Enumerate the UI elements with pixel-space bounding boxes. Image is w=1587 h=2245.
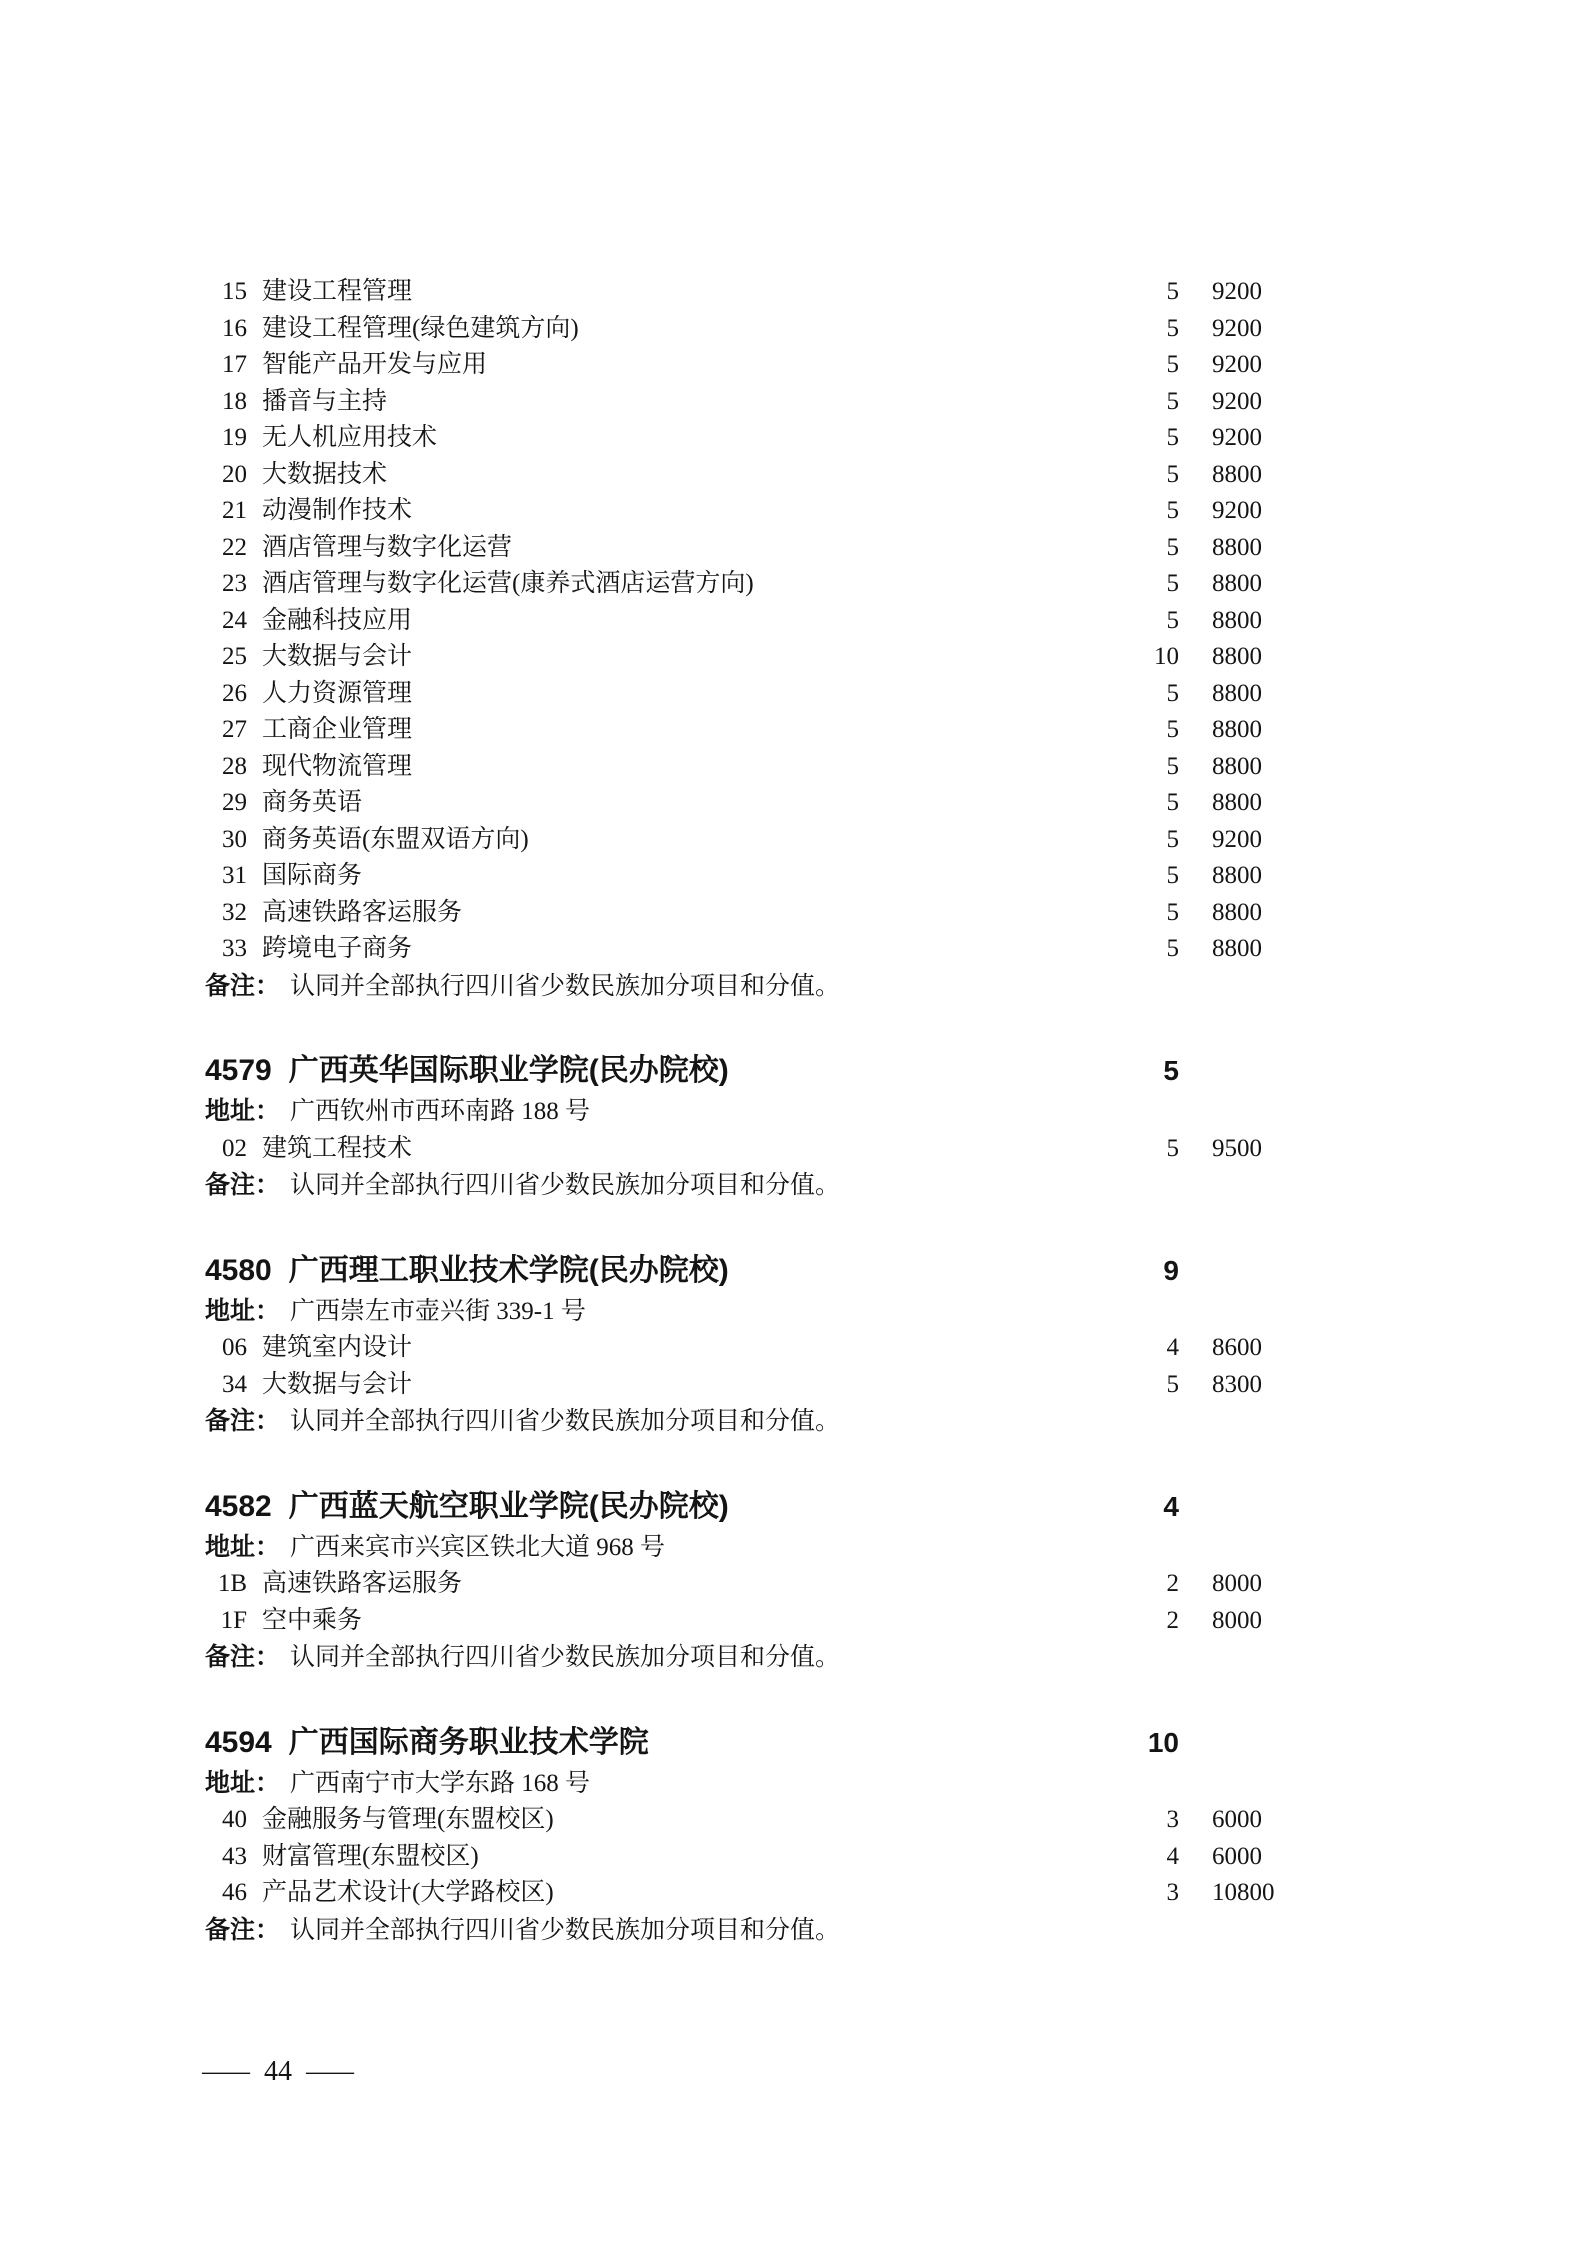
program-name: 酒店管理与数字化运营: [247, 530, 1127, 567]
program-row: 30 商务英语(东盟双语方向) 5 9200: [205, 822, 1297, 859]
program-fee: 9200: [1179, 347, 1297, 384]
program-quota: 5: [1127, 822, 1179, 859]
program-list: 02 建筑工程技术 5 9500: [205, 1131, 1297, 1168]
school-code: 4582: [205, 1485, 272, 1529]
program-fee: 9200: [1179, 311, 1297, 348]
program-row: 1B 高速铁路客运服务 2 8000: [205, 1566, 1297, 1603]
school-total-quota: 4: [1127, 1485, 1179, 1529]
note-text: 认同并全部执行四川省少数民族加分项目和分值。: [280, 968, 840, 1006]
note-row: 备注： 认同并全部执行四川省少数民族加分项目和分值。: [205, 1912, 1297, 1950]
program-name: 金融科技应用: [247, 603, 1127, 640]
program-quota: 4: [1127, 1839, 1179, 1876]
program-quota: 2: [1127, 1566, 1179, 1603]
program-quota: 5: [1127, 1131, 1179, 1168]
program-fee: 9200: [1179, 384, 1297, 421]
program-code: 40: [205, 1802, 247, 1839]
school-header-row: 4580 广西理工职业技术学院(民办院校) 9: [205, 1249, 1297, 1293]
school-header-row: 4582 广西蓝天航空职业学院(民办院校) 4: [205, 1485, 1297, 1529]
program-row: 22 酒店管理与数字化运营 5 8800: [205, 530, 1297, 567]
program-fee: 8800: [1179, 931, 1297, 968]
program-row: 33 跨境电子商务 5 8800: [205, 931, 1297, 968]
program-name: 大数据技术: [247, 457, 1127, 494]
program-row: 18 播音与主持 5 9200: [205, 384, 1297, 421]
program-name: 播音与主持: [247, 384, 1127, 421]
program-quota: 5: [1127, 384, 1179, 421]
address-text: 广西崇左市壶兴街 339-1 号: [280, 1293, 586, 1331]
program-name: 大数据与会计: [247, 1367, 1127, 1404]
school-section: 4594 广西国际商务职业技术学院 10 地址： 广西南宁市大学东路 168 号…: [205, 1721, 1297, 1950]
program-code: 43: [205, 1839, 247, 1876]
program-fee: 8800: [1179, 603, 1297, 640]
program-quota: 5: [1127, 895, 1179, 932]
program-name: 工商企业管理: [247, 712, 1127, 749]
program-code: 28: [205, 749, 247, 786]
program-name: 商务英语: [247, 785, 1127, 822]
program-code: 18: [205, 384, 247, 421]
program-row: 16 建设工程管理(绿色建筑方向) 5 9200: [205, 311, 1297, 348]
program-name: 国际商务: [247, 858, 1127, 895]
program-row: 15 建设工程管理 5 9200: [205, 274, 1297, 311]
program-quota: 5: [1127, 566, 1179, 603]
program-fee: 9500: [1179, 1131, 1297, 1168]
program-fee: 8800: [1179, 676, 1297, 713]
program-name: 跨境电子商务: [247, 931, 1127, 968]
program-code: 27: [205, 712, 247, 749]
program-fee: 9200: [1179, 493, 1297, 530]
program-fee: 9200: [1179, 822, 1297, 859]
program-row: 25 大数据与会计 10 8800: [205, 639, 1297, 676]
program-code: 24: [205, 603, 247, 640]
school-header-row: 4579 广西英华国际职业学院(民办院校) 5: [205, 1049, 1297, 1093]
program-name: 空中乘务: [247, 1603, 1127, 1640]
program-list: 06 建筑室内设计 4 8600 34 大数据与会计 5 8300: [205, 1330, 1297, 1403]
program-fee: 9200: [1179, 420, 1297, 457]
program-code: 30: [205, 822, 247, 859]
program-fee: 8800: [1179, 858, 1297, 895]
note-label: 备注：: [205, 1403, 280, 1441]
program-name: 建设工程管理(绿色建筑方向): [247, 311, 1127, 348]
program-quota: 5: [1127, 858, 1179, 895]
program-code: 34: [205, 1367, 247, 1404]
program-row: 46 产品艺术设计(大学路校区) 3 10800: [205, 1875, 1297, 1912]
program-quota: 5: [1127, 931, 1179, 968]
program-row: 19 无人机应用技术 5 9200: [205, 420, 1297, 457]
program-quota: 5: [1127, 530, 1179, 567]
program-quota: 5: [1127, 1367, 1179, 1404]
program-row: 28 现代物流管理 5 8800: [205, 749, 1297, 786]
program-row: 1F 空中乘务 2 8000: [205, 1603, 1297, 1640]
school-code: 4594: [205, 1721, 272, 1765]
program-row: 43 财富管理(东盟校区) 4 6000: [205, 1839, 1297, 1876]
address-text: 广西来宾市兴宾区铁北大道 968 号: [280, 1529, 665, 1567]
program-row: 06 建筑室内设计 4 8600: [205, 1330, 1297, 1367]
program-code: 06: [205, 1330, 247, 1367]
program-quota: 5: [1127, 676, 1179, 713]
program-quota: 5: [1127, 603, 1179, 640]
program-fee: 8600: [1179, 1330, 1297, 1367]
program-fee: 8800: [1179, 785, 1297, 822]
school-code: 4579: [205, 1049, 272, 1093]
document-page: 15 建设工程管理 5 9200 16 建设工程管理(绿色建筑方向) 5 920…: [0, 0, 1587, 2245]
program-quota: 3: [1127, 1802, 1179, 1839]
program-name: 高速铁路客运服务: [247, 895, 1127, 932]
program-fee: 10800: [1179, 1875, 1297, 1912]
program-code: 02: [205, 1131, 247, 1168]
program-fee: 9200: [1179, 274, 1297, 311]
program-row: 02 建筑工程技术 5 9500: [205, 1131, 1297, 1168]
program-code: 16: [205, 311, 247, 348]
program-fee: 6000: [1179, 1802, 1297, 1839]
note-text: 认同并全部执行四川省少数民族加分项目和分值。: [280, 1167, 840, 1205]
school-section: 4580 广西理工职业技术学院(民办院校) 9 地址： 广西崇左市壶兴街 339…: [205, 1249, 1297, 1441]
program-code: 22: [205, 530, 247, 567]
program-quota: 5: [1127, 347, 1179, 384]
note-row: 备注： 认同并全部执行四川省少数民族加分项目和分值。: [205, 1403, 1297, 1441]
note-row: 备注： 认同并全部执行四川省少数民族加分项目和分值。: [205, 968, 1297, 1006]
address-row: 地址： 广西来宾市兴宾区铁北大道 968 号: [205, 1529, 1297, 1567]
address-label: 地址：: [205, 1529, 280, 1567]
program-quota: 5: [1127, 274, 1179, 311]
program-quota: 5: [1127, 712, 1179, 749]
program-name: 财富管理(东盟校区): [247, 1839, 1127, 1876]
program-name: 金融服务与管理(东盟校区): [247, 1802, 1127, 1839]
program-name: 现代物流管理: [247, 749, 1127, 786]
program-fee: 8800: [1179, 639, 1297, 676]
note-label: 备注：: [205, 968, 280, 1006]
program-quota: 2: [1127, 1603, 1179, 1640]
note-text: 认同并全部执行四川省少数民族加分项目和分值。: [280, 1912, 840, 1950]
address-row: 地址： 广西钦州市西环南路 188 号: [205, 1093, 1297, 1131]
program-fee: 8000: [1179, 1566, 1297, 1603]
school-name: 广西理工职业技术学院(民办院校): [272, 1249, 1127, 1293]
program-name: 高速铁路客运服务: [247, 1566, 1127, 1603]
program-code: 1B: [205, 1566, 247, 1603]
note-label: 备注：: [205, 1639, 280, 1677]
program-quota: 5: [1127, 493, 1179, 530]
address-text: 广西南宁市大学东路 168 号: [280, 1765, 590, 1803]
school-name: 广西英华国际职业学院(民办院校): [272, 1049, 1127, 1093]
program-name: 无人机应用技术: [247, 420, 1127, 457]
program-code: 33: [205, 931, 247, 968]
note-row: 备注： 认同并全部执行四川省少数民族加分项目和分值。: [205, 1167, 1297, 1205]
program-row: 29 商务英语 5 8800: [205, 785, 1297, 822]
program-code: 25: [205, 639, 247, 676]
note-label: 备注：: [205, 1167, 280, 1205]
program-code: 17: [205, 347, 247, 384]
program-name: 酒店管理与数字化运营(康养式酒店运营方向): [247, 566, 1127, 603]
admissions-list: 15 建设工程管理 5 9200 16 建设工程管理(绿色建筑方向) 5 920…: [205, 274, 1297, 1949]
program-fee: 6000: [1179, 1839, 1297, 1876]
program-code: 19: [205, 420, 247, 457]
school-section: 15 建设工程管理 5 9200 16 建设工程管理(绿色建筑方向) 5 920…: [205, 274, 1297, 1005]
program-name: 商务英语(东盟双语方向): [247, 822, 1127, 859]
program-quota: 5: [1127, 420, 1179, 457]
program-quota: 3: [1127, 1875, 1179, 1912]
program-code: 15: [205, 274, 247, 311]
program-quota: 5: [1127, 785, 1179, 822]
note-text: 认同并全部执行四川省少数民族加分项目和分值。: [280, 1639, 840, 1677]
program-name: 产品艺术设计(大学路校区): [247, 1875, 1127, 1912]
address-label: 地址：: [205, 1093, 280, 1131]
program-code: 46: [205, 1875, 247, 1912]
school-total-quota: 5: [1127, 1049, 1179, 1093]
program-list: 40 金融服务与管理(东盟校区) 3 6000 43 财富管理(东盟校区) 4 …: [205, 1802, 1297, 1912]
school-total-quota: 9: [1127, 1249, 1179, 1293]
address-text: 广西钦州市西环南路 188 号: [280, 1093, 590, 1131]
program-row: 32 高速铁路客运服务 5 8800: [205, 895, 1297, 932]
school-code: 4580: [205, 1249, 272, 1293]
program-name: 动漫制作技术: [247, 493, 1127, 530]
address-label: 地址：: [205, 1293, 280, 1331]
program-row: 26 人力资源管理 5 8800: [205, 676, 1297, 713]
school-name: 广西蓝天航空职业学院(民办院校): [272, 1485, 1127, 1529]
program-fee: 8800: [1179, 530, 1297, 567]
address-label: 地址：: [205, 1765, 280, 1803]
program-fee: 8300: [1179, 1367, 1297, 1404]
program-code: 26: [205, 676, 247, 713]
footer-dash-left: —: [202, 2056, 250, 2088]
program-row: 20 大数据技术 5 8800: [205, 457, 1297, 494]
program-code: 23: [205, 566, 247, 603]
program-row: 17 智能产品开发与应用 5 9200: [205, 347, 1297, 384]
program-code: 31: [205, 858, 247, 895]
note-label: 备注：: [205, 1912, 280, 1950]
program-name: 人力资源管理: [247, 676, 1127, 713]
note-text: 认同并全部执行四川省少数民族加分项目和分值。: [280, 1403, 840, 1441]
program-row: 23 酒店管理与数字化运营(康养式酒店运营方向) 5 8800: [205, 566, 1297, 603]
program-row: 24 金融科技应用 5 8800: [205, 603, 1297, 640]
school-header-row: 4594 广西国际商务职业技术学院 10: [205, 1721, 1297, 1765]
program-row: 21 动漫制作技术 5 9200: [205, 493, 1297, 530]
address-row: 地址： 广西崇左市壶兴街 339-1 号: [205, 1293, 1297, 1331]
program-fee: 8800: [1179, 457, 1297, 494]
program-fee: 8000: [1179, 1603, 1297, 1640]
program-row: 34 大数据与会计 5 8300: [205, 1367, 1297, 1404]
program-code: 29: [205, 785, 247, 822]
program-code: 1F: [205, 1603, 247, 1640]
program-name: 建设工程管理: [247, 274, 1127, 311]
program-name: 智能产品开发与应用: [247, 347, 1127, 384]
program-code: 21: [205, 493, 247, 530]
program-code: 20: [205, 457, 247, 494]
program-list: 15 建设工程管理 5 9200 16 建设工程管理(绿色建筑方向) 5 920…: [205, 274, 1297, 968]
program-name: 建筑工程技术: [247, 1131, 1127, 1168]
program-name: 建筑室内设计: [247, 1330, 1127, 1367]
address-row: 地址： 广西南宁市大学东路 168 号: [205, 1765, 1297, 1803]
program-row: 31 国际商务 5 8800: [205, 858, 1297, 895]
program-fee: 8800: [1179, 895, 1297, 932]
page-number: 44: [264, 2056, 292, 2088]
school-total-quota: 10: [1127, 1721, 1179, 1765]
program-fee: 8800: [1179, 712, 1297, 749]
program-quota: 5: [1127, 749, 1179, 786]
program-code: 32: [205, 895, 247, 932]
school-section: 4582 广西蓝天航空职业学院(民办院校) 4 地址： 广西来宾市兴宾区铁北大道…: [205, 1485, 1297, 1677]
program-list: 1B 高速铁路客运服务 2 8000 1F 空中乘务 2 8000: [205, 1566, 1297, 1639]
program-fee: 8800: [1179, 566, 1297, 603]
program-name: 大数据与会计: [247, 639, 1127, 676]
program-quota: 5: [1127, 457, 1179, 494]
note-row: 备注： 认同并全部执行四川省少数民族加分项目和分值。: [205, 1639, 1297, 1677]
footer-dash-right: —: [306, 2056, 354, 2088]
program-fee: 8800: [1179, 749, 1297, 786]
school-name: 广西国际商务职业技术学院: [272, 1721, 1127, 1765]
program-row: 27 工商企业管理 5 8800: [205, 712, 1297, 749]
program-quota: 4: [1127, 1330, 1179, 1367]
program-quota: 10: [1127, 639, 1179, 676]
program-quota: 5: [1127, 311, 1179, 348]
school-section: 4579 广西英华国际职业学院(民办院校) 5 地址： 广西钦州市西环南路 18…: [205, 1049, 1297, 1205]
program-row: 40 金融服务与管理(东盟校区) 3 6000: [205, 1802, 1297, 1839]
page-footer: — 44 —: [212, 2056, 344, 2088]
